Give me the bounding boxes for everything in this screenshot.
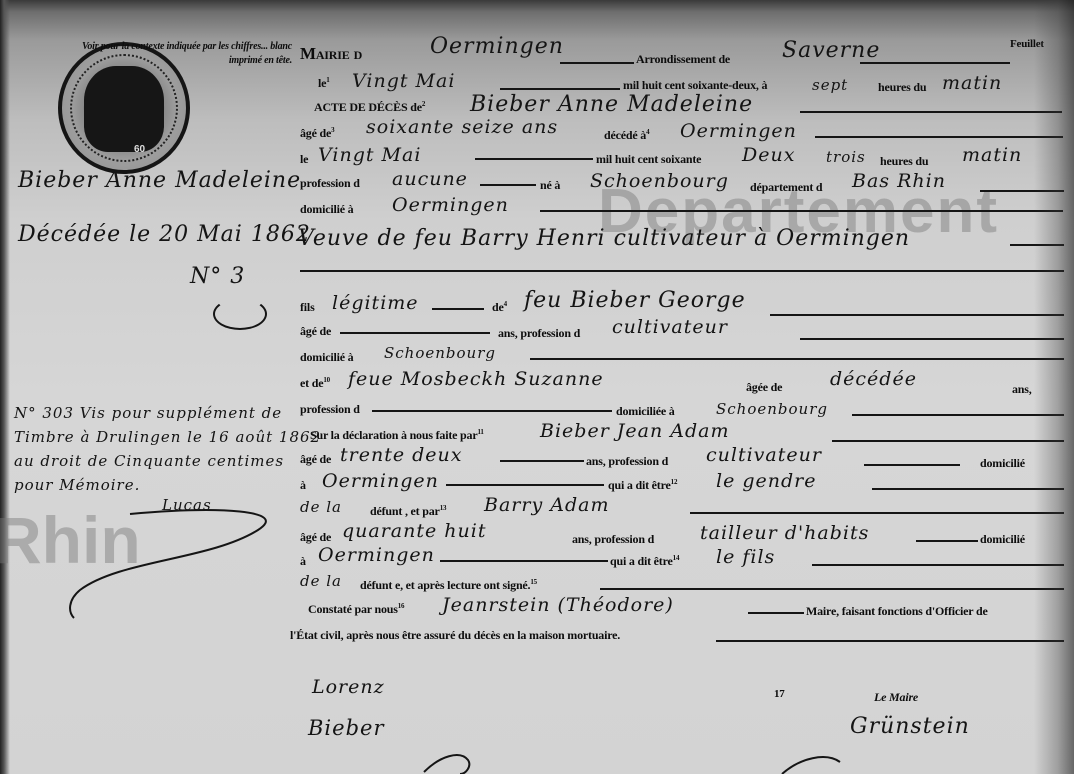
field-age-declarant-1: trente deux <box>340 444 462 466</box>
field-age: soixante seize ans <box>366 116 558 138</box>
field-domicile: Oermingen <box>392 194 509 216</box>
label-text: qui a dit être <box>608 478 671 492</box>
rule-line <box>500 460 584 462</box>
label-age-pere: âgé de <box>300 324 331 339</box>
label-age-declarant-2: âgé de <box>300 530 331 545</box>
label-age-declarant-1: âgé de <box>300 452 331 467</box>
rule-line <box>372 410 612 412</box>
footnote-marker: 4 <box>504 300 507 308</box>
rule-line <box>815 136 1063 138</box>
label-mairie: Mairie d <box>300 44 362 64</box>
field-defunt-genre-2: de la <box>300 572 342 590</box>
rule-line <box>916 540 978 542</box>
field-heure-acte: sept <box>812 76 848 94</box>
field-lieu-naissance: Schoenbourg <box>590 170 729 192</box>
field-date-acte: Vingt Mai <box>352 70 455 92</box>
field-domicile-declarant-2: Oermingen <box>318 544 435 566</box>
field-departement: Bas Rhin <box>852 170 946 192</box>
rule-line <box>800 338 1064 340</box>
label-fils: fils <box>300 300 315 315</box>
rule-line <box>800 111 1062 113</box>
label-domiciliee-a: domiciliée à <box>616 404 675 419</box>
bottom-flourish-2 <box>780 752 850 774</box>
footnote-marker: 4 <box>646 128 649 136</box>
label-ans-profession: ans, profession d <box>498 326 580 341</box>
footnote-marker: 15 <box>530 578 537 586</box>
label-qui-a-dit-etre-2: qui a dit être14 <box>610 554 679 569</box>
label-text: Constaté par nous <box>308 602 398 616</box>
field-moment-deces: matin <box>962 144 1022 166</box>
label-acte-de-deces: ACTE DE DÉCÈS de2 <box>314 100 425 115</box>
label-constate-par: Constaté par nous16 <box>308 602 404 617</box>
margin-note-line: N° 303 Vis pour supplément de <box>14 404 282 422</box>
label-text: de <box>492 300 504 314</box>
signature-maire: Grünstein <box>850 714 970 739</box>
rule-line <box>1010 244 1064 246</box>
bottom-flourish-1 <box>420 746 480 774</box>
field-mere: feue Mosbeckh Suzanne <box>348 368 604 390</box>
field-profession-declarant-1: cultivateur <box>706 444 822 466</box>
label-domicilie-3: domicilié <box>980 456 1025 471</box>
field-commune: Oermingen <box>430 34 564 59</box>
margin-death-date: Décédée le 20 Mai 1862 <box>18 222 311 247</box>
label-le-2: le <box>300 152 308 167</box>
footnote-marker: 1 <box>326 76 329 84</box>
field-domicile-declarant-1: Oermingen <box>322 470 439 492</box>
field-age-mere: décédée <box>830 368 917 390</box>
label-le-maire: Le Maire <box>874 690 918 705</box>
label-domicilie: domicilié à <box>300 202 353 217</box>
field-age-declarant-2: quarante huit <box>342 520 486 542</box>
seal-number: 60 <box>134 144 145 155</box>
label-heures-du: heures du <box>878 80 926 95</box>
field-lieu-deces: Oermingen <box>680 120 797 142</box>
label-age: âgé de3 <box>300 126 334 141</box>
field-profession: aucune <box>392 168 468 190</box>
field-profession-pere: cultivateur <box>612 316 728 338</box>
label-text: défunt e, et après lecture ont signé. <box>360 578 530 592</box>
signature-lorenz: Lorenz <box>312 676 385 698</box>
field-defunt-name: Bieber Anne Madeleine <box>470 92 753 117</box>
seal-emblem-icon <box>84 66 164 152</box>
label-lecture-signe: défunt e, et après lecture ont signé.15 <box>360 578 537 593</box>
rule-line <box>500 88 620 90</box>
footnote-marker: 11 <box>477 428 483 436</box>
field-domicile-mere: Schoenbourg <box>716 400 828 418</box>
label-domicilie-4: domicilié <box>980 532 1025 547</box>
field-arrondissement: Saverne <box>782 38 880 63</box>
label-text: Sur la déclaration à nous faite par <box>310 428 477 442</box>
field-date-deces: Vingt Mai <box>318 144 421 166</box>
margin-signature-flourish <box>60 500 280 620</box>
field-constate-par: Jeanrstein (Théodore) <box>442 594 674 616</box>
field-veuve: Veuve de feu Barry Henri cultivateur à O… <box>298 226 910 251</box>
footnote-marker: 13 <box>440 504 447 512</box>
rule-line <box>748 612 804 614</box>
footnote-marker: 10 <box>323 376 330 384</box>
label-etat-civil: l'État civil, après nous être assuré du … <box>290 628 620 643</box>
margin-flourish <box>213 298 267 330</box>
footnote-marker: 2 <box>422 100 425 108</box>
label-ans-profession-2: ans, profession d <box>586 454 668 469</box>
rule-line <box>872 488 1064 490</box>
rule-line <box>340 332 490 334</box>
label-mil-huit-cent-2: mil huit cent soixante <box>596 152 701 167</box>
label-de: de4 <box>492 300 507 315</box>
field-declarant-1: Bieber Jean Adam <box>540 420 730 442</box>
field-lien-declarant-2: le fils <box>716 546 775 568</box>
rule-line <box>446 484 604 486</box>
label-text: et de <box>300 376 323 390</box>
footnote-marker: 16 <box>398 602 405 610</box>
label-qui-a-dit-etre: qui a dit être12 <box>608 478 677 493</box>
label-a-1: à <box>300 478 306 493</box>
rule-line <box>716 640 1064 642</box>
rule-line <box>480 184 536 186</box>
field-filiation: légitime <box>332 292 419 314</box>
label-text: défunt <box>370 504 402 518</box>
label-et-de: et de10 <box>300 376 330 391</box>
label-domicilie-pere: domicilié à <box>300 350 353 365</box>
rule-line <box>980 190 1064 192</box>
label-text: qui a dit être <box>610 554 673 568</box>
field-lien-declarant-1: le gendre <box>716 470 817 492</box>
margin-deceased-name: Bieber Anne Madeleine <box>18 168 301 193</box>
field-annee-deces: Deux <box>742 144 795 166</box>
label-a-2: à <box>300 554 306 569</box>
margin-note-line: au droit de Cinquante centimes <box>14 452 284 470</box>
label-ans: ans, <box>1012 382 1032 397</box>
field-pere: feu Bieber George <box>524 288 746 313</box>
field-domicile-pere: Schoenbourg <box>384 344 496 362</box>
margin-record-number: N° 3 <box>190 264 245 289</box>
footnote-marker: 12 <box>671 478 678 486</box>
header-instruction-note: Voir pour la contexte indiquée par les c… <box>48 40 292 68</box>
label-mil-huit-cent: mil huit cent soixante-deux, à <box>623 78 767 93</box>
footnote-marker: 14 <box>673 554 680 562</box>
field-heure-deces: trois <box>826 148 866 166</box>
death-record-page: Departement Rhin 60 Voir pour la context… <box>0 0 1074 774</box>
rule-line <box>860 62 1010 64</box>
label-text: décédé à <box>604 128 646 142</box>
label-agee-de: âgée de <box>746 380 782 395</box>
rule-line <box>852 414 1064 416</box>
footnote-17: 17 <box>774 688 785 700</box>
field-profession-declarant-2: tailleur d'habits <box>700 522 869 544</box>
rule-line <box>300 270 1064 272</box>
rule-line <box>530 358 1064 360</box>
rule-line <box>832 440 1064 442</box>
signature-bieber: Bieber <box>308 716 385 740</box>
rule-line <box>770 314 1064 316</box>
label-heures-du-2: heures du <box>880 154 928 169</box>
label-maire-fonctions: Maire, faisant fonctions d'Officier de <box>806 604 988 619</box>
margin-note-line: Timbre à Drulingen le 16 août 1862 <box>14 428 321 446</box>
rule-line <box>540 210 1063 212</box>
rule-line <box>812 564 1064 566</box>
field-defunt-genre: de la <box>300 498 342 516</box>
rule-line <box>690 512 1064 514</box>
margin-note-line: pour Mémoire. <box>14 476 140 494</box>
rule-line <box>864 464 960 466</box>
label-profession: profession d <box>300 176 360 191</box>
label-text: ACTE DE DÉCÈS de <box>314 100 422 114</box>
rule-line <box>475 158 593 160</box>
label-arrondissement: Arrondissement de <box>636 52 730 67</box>
label-defunt-et-par: défunt , et par13 <box>370 504 446 519</box>
rule-line <box>560 62 634 64</box>
label-decede-a: décédé à4 <box>604 128 649 143</box>
label-feuillet: Feuillet <box>1010 38 1044 50</box>
label-profession-mere: profession d <box>300 402 360 417</box>
label-ans-profession-3: ans, profession d <box>572 532 654 547</box>
field-moment-acte: matin <box>942 72 1002 94</box>
label-departement: département d <box>750 180 822 195</box>
footnote-marker: 3 <box>331 126 334 134</box>
label-declaration: Sur la déclaration à nous faite par11 <box>310 428 484 443</box>
label-ne-a: né à <box>540 178 560 193</box>
rule-line <box>440 560 608 562</box>
field-declarant-2: Barry Adam <box>484 494 609 516</box>
label-le: le1 <box>318 76 330 91</box>
label-text: , et par <box>405 504 440 518</box>
rule-line <box>432 308 484 310</box>
rule-line <box>600 588 1064 590</box>
label-text: âgé de <box>300 126 331 140</box>
